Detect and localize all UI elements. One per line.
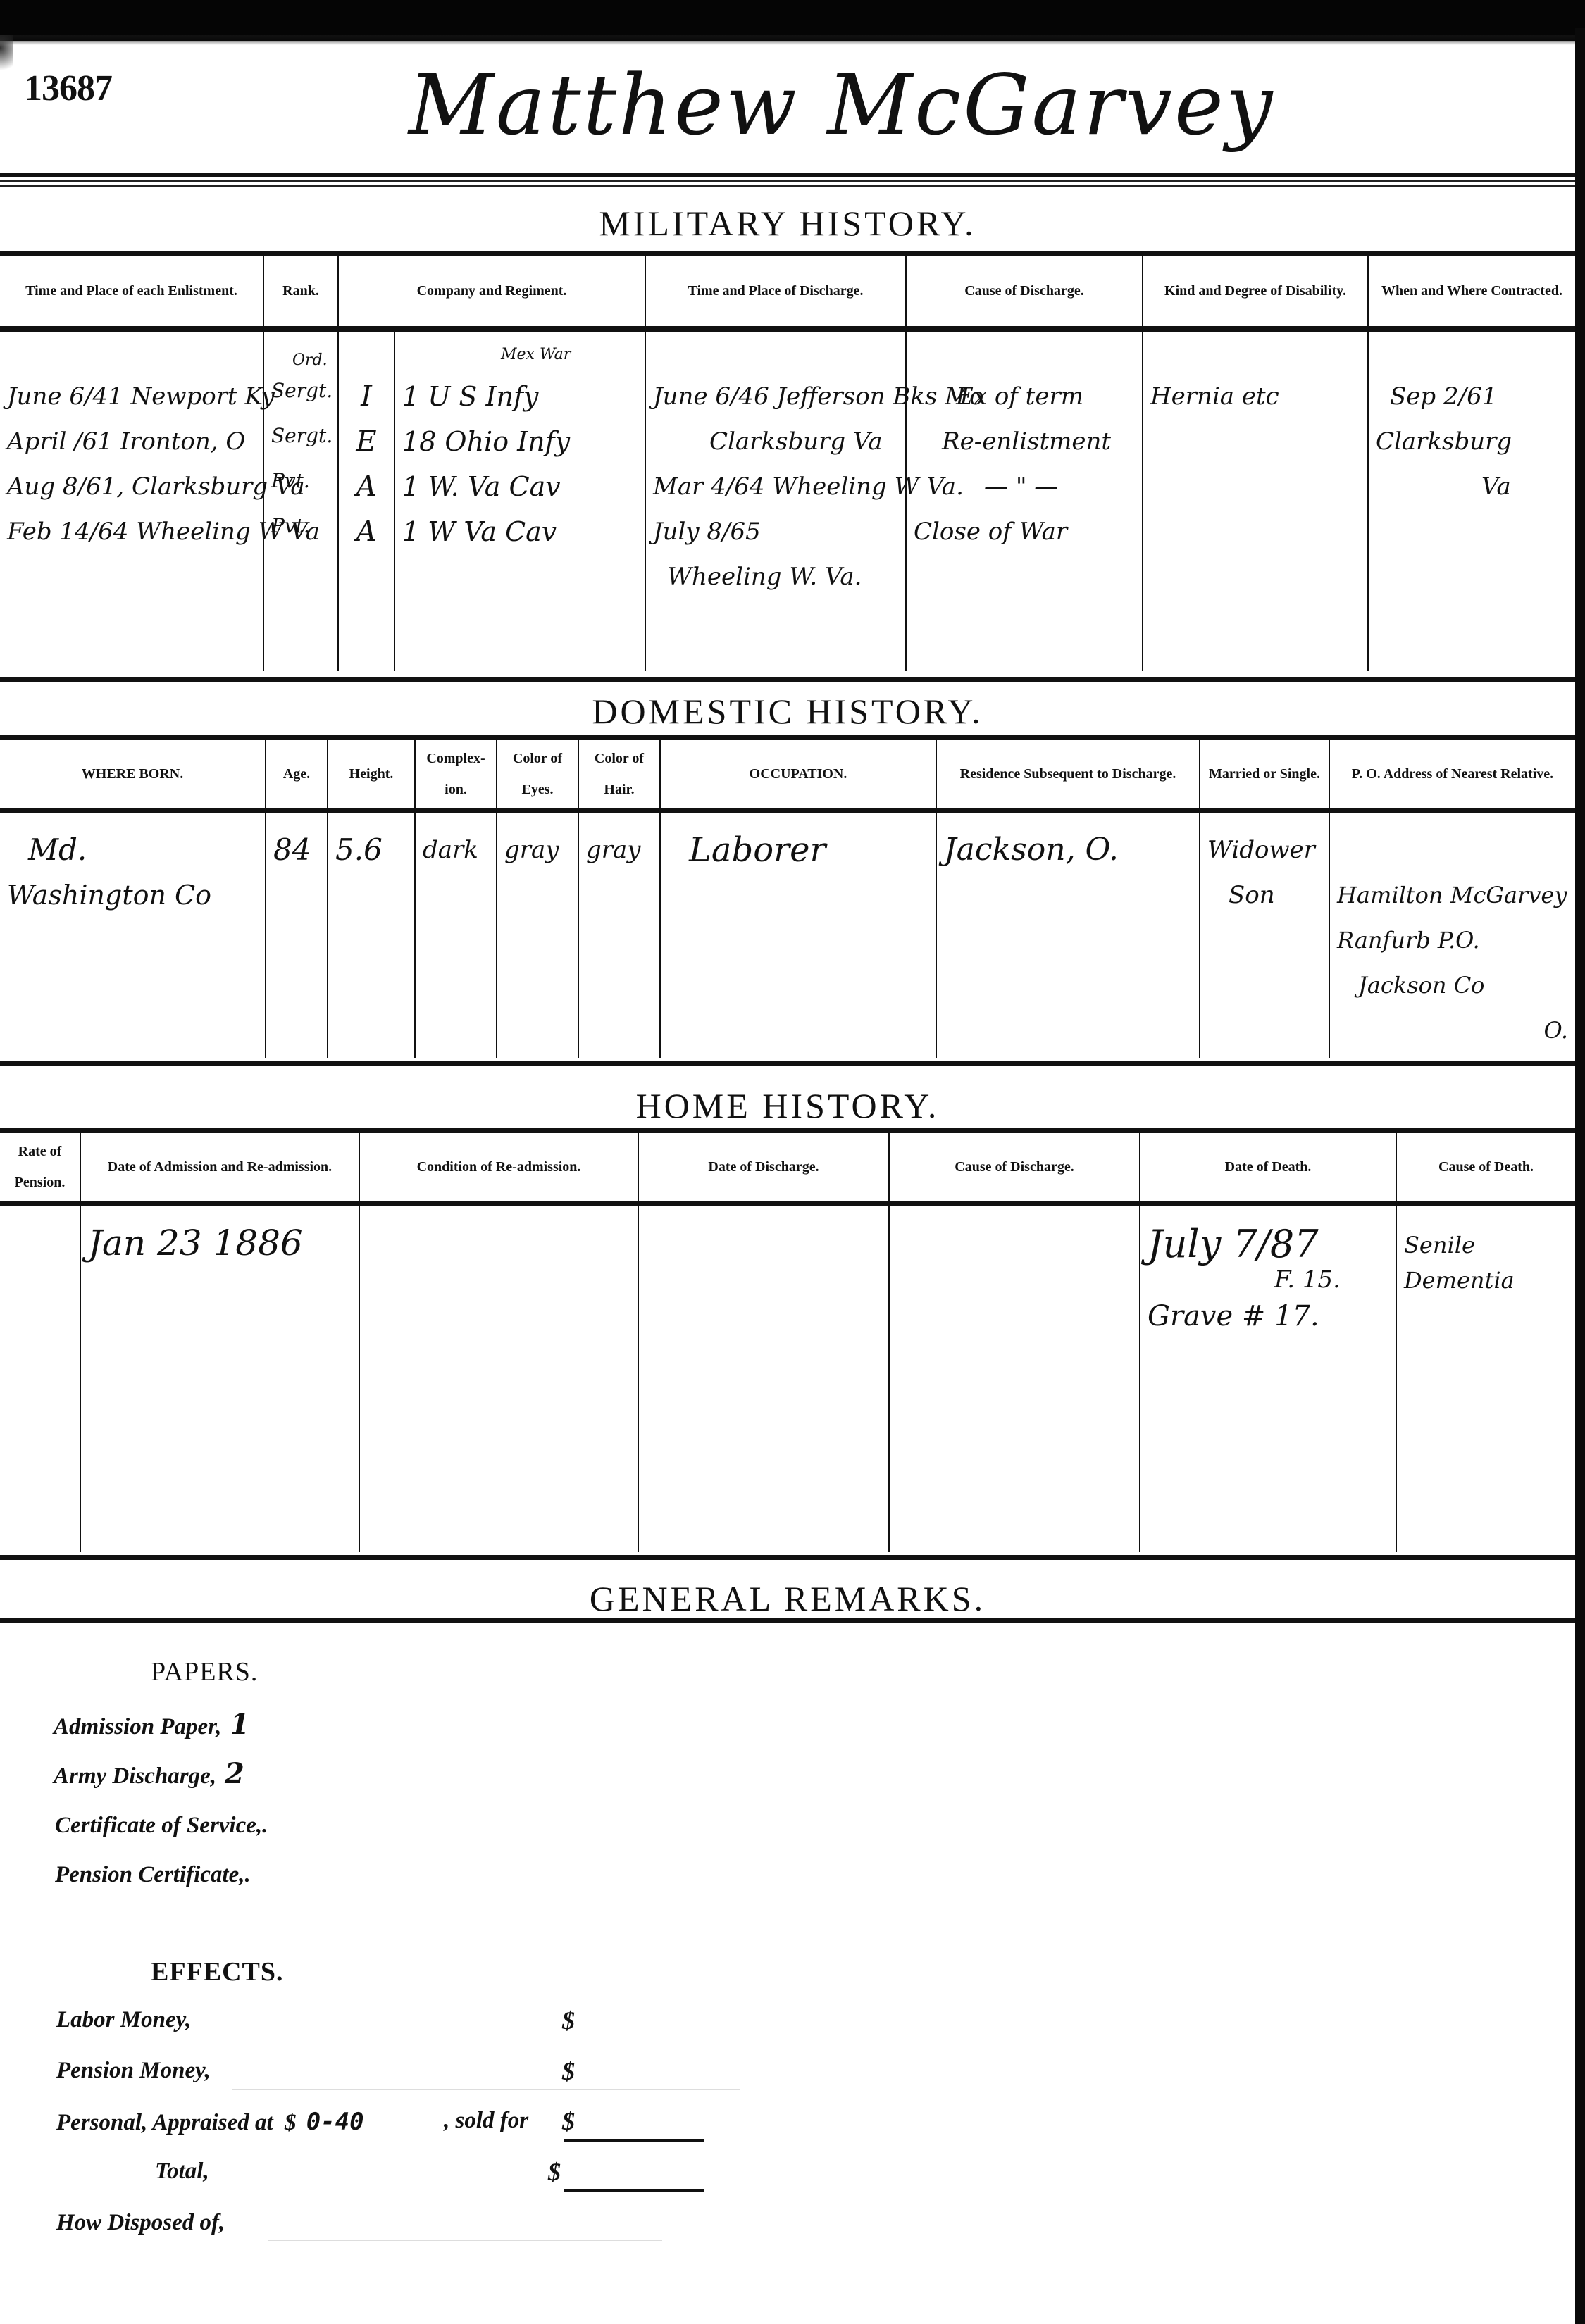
domestic-rule xyxy=(0,735,1575,740)
contracted-date: Sep 2/61 xyxy=(1376,374,1568,419)
scan-shadow xyxy=(0,35,1585,45)
discharge-3: Mar 4/64 Wheeling W Va. xyxy=(653,464,898,509)
domestic-history-table: WHERE BORN. Age. Height. Complex-ion. Co… xyxy=(0,740,1575,1058)
labor-money-label: Labor Money, xyxy=(56,2007,191,2033)
contracted-place: Clarksburg xyxy=(1376,419,1568,464)
col-where-born: WHERE BORN. xyxy=(0,740,266,811)
eyes-cell: gray xyxy=(497,811,578,1058)
born-state: Md. xyxy=(7,827,258,873)
marital-cell: Widower Son xyxy=(1200,811,1329,1058)
pension-money-currency: $ xyxy=(562,2056,575,2086)
occupation: Laborer xyxy=(689,830,826,870)
col-marital: Married or Single. xyxy=(1200,740,1329,811)
general-remarks-section: PAPERS. Admission Paper,1 Army Discharge… xyxy=(0,1623,1575,2320)
labor-money-currency: $ xyxy=(562,2006,575,2035)
military-history-table: Time and Place of each Enlistment. Rank.… xyxy=(0,256,1575,671)
papers-army-discharge: Army Discharge,2 xyxy=(54,1757,244,1790)
col-complexion: Complex-ion. xyxy=(415,740,497,811)
relative-county: Jackson Co xyxy=(1337,963,1568,1008)
scan-smudge xyxy=(0,35,13,77)
rank-cell: Ord. Sergt. Sergt. Pvt. Pvt. xyxy=(263,329,338,671)
personal-appraised-label: Personal, Appraised at xyxy=(56,2110,273,2135)
sold-for-blank[interactable] xyxy=(564,2139,704,2142)
company-4: A xyxy=(346,509,387,554)
col-home-discharge-date: Date of Discharge. xyxy=(638,1133,889,1204)
register-number: 13687 xyxy=(24,68,112,109)
enlistment-4: Feb 14/64 Wheeling W Va xyxy=(7,509,256,554)
complexion-cell: dark xyxy=(415,811,497,1058)
regiment-2: 18 Ohio Infy xyxy=(402,419,638,464)
total-currency: $ xyxy=(548,2157,561,2187)
regiment-4: 1 W Va Cav xyxy=(402,509,638,554)
death-cause-1: Senile xyxy=(1404,1227,1568,1263)
col-death-date: Date of Death. xyxy=(1140,1133,1396,1204)
general-remarks-title: GENERAL REMARKS. xyxy=(0,1581,1575,1616)
military-history-title: MILITARY HISTORY. xyxy=(0,206,1575,241)
home-history-title: HOME HISTORY. xyxy=(0,1088,1575,1123)
death-note: F. 15. xyxy=(1148,1266,1388,1294)
how-disposed-label: How Disposed of, xyxy=(56,2210,225,2236)
col-discharge-cause: Cause of Discharge. xyxy=(906,256,1143,329)
col-rate-of-pension: Rate of Pension. xyxy=(0,1133,80,1204)
contracted-state: Va xyxy=(1376,464,1568,509)
relative-state: O. xyxy=(1337,1008,1568,1053)
home-bottom-rule xyxy=(0,1555,1575,1560)
regiment-1: 1 U S Infy xyxy=(402,374,638,419)
discharge-cause-2: Re-enlistment xyxy=(914,419,1135,464)
discharge-4: July 8/65 xyxy=(653,509,898,554)
enlistment-3: Aug 8/61, Clarksburg Va xyxy=(7,464,256,509)
member-name: Matthew McGarvey xyxy=(409,63,1274,146)
remarks-rule xyxy=(0,1618,1575,1623)
home-rule xyxy=(0,1128,1575,1133)
effects-heading: EFFECTS. xyxy=(151,1956,284,1987)
col-eyes: Color of Eyes. xyxy=(497,740,578,811)
col-relative-address: P. O. Address of Nearest Relative. xyxy=(1329,740,1575,811)
appraised-currency: $ xyxy=(285,2110,297,2135)
faint-guide-line xyxy=(232,2089,740,2090)
faint-guide-line xyxy=(268,2240,662,2241)
domestic-bottom-rule xyxy=(0,1061,1575,1066)
col-readmission-condition: Condition of Re-admission. xyxy=(359,1133,638,1204)
rank-4: Pvt. xyxy=(271,504,330,549)
pension-money-label: Pension Money, xyxy=(56,2058,211,2084)
admission-date-cell: Jan 23 1886 xyxy=(80,1204,359,1552)
age-cell: 84 xyxy=(266,811,328,1058)
death-cause-cell: Senile Dementia xyxy=(1396,1204,1575,1552)
col-hair: Color of Hair. xyxy=(578,740,660,811)
domestic-history-title: DOMESTIC HISTORY. xyxy=(0,694,1575,729)
discharge-place-cell: June 6/46 Jefferson Bks Mo Clarksburg Va… xyxy=(645,329,906,671)
eye-color: gray xyxy=(504,836,559,864)
contracted-cell: Sep 2/61 Clarksburg Va xyxy=(1368,329,1575,671)
admission-date: Jan 23 1886 xyxy=(88,1223,303,1263)
military-rule xyxy=(0,251,1575,256)
rank-2: Sergt. xyxy=(271,413,330,458)
company-cell: I E A A xyxy=(338,329,394,671)
army-discharge-label: Army Discharge, xyxy=(54,1763,216,1789)
papers-certificate-service: Certificate of Service,. xyxy=(55,1806,276,1839)
col-rank: Rank. xyxy=(263,256,338,329)
col-discharge-time-place: Time and Place of Discharge. xyxy=(645,256,906,329)
death-cause-2: Dementia xyxy=(1404,1263,1568,1298)
death-date: July 7/87 xyxy=(1148,1223,1388,1266)
personal-appraised: Personal, Appraised at $ 0-40 xyxy=(56,2108,364,2136)
certificate-of-service-label: Certificate of Service,. xyxy=(55,1813,268,1838)
readmission-condition-cell xyxy=(359,1204,638,1552)
rank-1: Sergt. xyxy=(271,368,330,413)
grave-number: Grave # 17. xyxy=(1148,1294,1388,1339)
admission-paper-count: 1 xyxy=(230,1708,249,1741)
rate-of-pension-cell xyxy=(0,1204,80,1552)
relative-relationship: Son xyxy=(1207,873,1322,918)
col-disability: Kind and Degree of Disability. xyxy=(1143,256,1368,329)
header-rule xyxy=(0,173,1575,187)
col-death-cause: Cause of Death. xyxy=(1396,1133,1575,1204)
col-occupation: OCCUPATION. xyxy=(660,740,936,811)
rank-3: Pvt. xyxy=(271,458,330,504)
papers-heading: PAPERS. xyxy=(151,1656,258,1687)
army-discharge-count: 2 xyxy=(225,1757,244,1790)
col-contracted: When and Where Contracted. xyxy=(1368,256,1575,329)
enlistment-1: June 6/41 Newport Ky xyxy=(7,374,256,419)
col-height: Height. xyxy=(328,740,415,811)
company-2: E xyxy=(346,419,387,464)
enlistment-2: April /61 Ironton, O xyxy=(7,419,256,464)
discharge-5: Wheeling W. Va. xyxy=(653,554,898,599)
residence-cell: Jackson, O. xyxy=(936,811,1200,1058)
appraised-value: 0-40 xyxy=(306,2108,364,2136)
sold-for-label: , sold for xyxy=(444,2108,528,2134)
age: 84 xyxy=(273,832,311,867)
total-label: Total, xyxy=(155,2159,209,2185)
home-history-table: Rate of Pension. Date of Admission and R… xyxy=(0,1133,1575,1552)
residence: Jackson, O. xyxy=(944,832,1119,868)
hair-color: gray xyxy=(586,836,641,864)
enlistment-cell: June 6/41 Newport Ky April /61 Ironton, … xyxy=(0,329,263,671)
disability-cell: Hernia etc xyxy=(1143,329,1368,671)
relative-name: Hamilton McGarvey xyxy=(1337,873,1568,918)
regiment-note: Mex War xyxy=(402,347,638,374)
col-admission-date: Date of Admission and Re-admission. xyxy=(80,1133,359,1204)
col-residence: Residence Subsequent to Discharge. xyxy=(936,740,1200,811)
regiment-3: 1 W. Va Cav xyxy=(402,464,638,509)
papers-admission: Admission Paper,1 xyxy=(54,1708,249,1741)
marital-status: Widower xyxy=(1207,827,1322,873)
home-discharge-cause-cell xyxy=(889,1204,1140,1552)
relative-address-cell: Hamilton McGarvey Ranfurb P.O. Jackson C… xyxy=(1329,811,1575,1058)
home-discharge-date-cell xyxy=(638,1204,889,1552)
regiment-cell: Mex War 1 U S Infy 18 Ohio Infy 1 W. Va … xyxy=(394,329,645,671)
complexion: dark xyxy=(423,836,478,864)
discharge-2: Clarksburg Va xyxy=(653,419,898,464)
born-county: Washington Co xyxy=(7,873,258,918)
scan-border-right xyxy=(1575,28,1585,2324)
sold-for-currency: $ xyxy=(562,2106,575,2136)
company-3: A xyxy=(346,464,387,509)
military-bottom-rule xyxy=(0,677,1575,682)
height: 5.6 xyxy=(335,832,383,867)
papers-pension-certificate: Pension Certificate,. xyxy=(55,1856,259,1889)
hair-cell: gray xyxy=(578,811,660,1058)
col-enlistment: Time and Place of each Enlistment. xyxy=(0,256,263,329)
faint-guide-line xyxy=(211,2039,719,2039)
col-age: Age. xyxy=(266,740,328,811)
height-cell: 5.6 xyxy=(328,811,415,1058)
company-1: I xyxy=(346,374,387,419)
discharge-1: June 6/46 Jefferson Bks Mo xyxy=(653,374,898,419)
relative-po: Ranfurb P.O. xyxy=(1337,918,1568,963)
pension-certificate-label: Pension Certificate,. xyxy=(55,1862,251,1887)
admission-paper-label: Admission Paper, xyxy=(54,1714,221,1739)
col-company-regiment: Company and Regiment. xyxy=(338,256,645,329)
discharge-cause-4: Close of War xyxy=(914,509,1135,554)
col-home-discharge-cause: Cause of Discharge. xyxy=(889,1133,1140,1204)
death-date-cell: July 7/87 F. 15. Grave # 17. xyxy=(1140,1204,1396,1552)
occupation-cell: Laborer xyxy=(660,811,936,1058)
total-blank[interactable] xyxy=(564,2189,704,2192)
disability: Hernia etc xyxy=(1150,374,1360,419)
where-born-cell: Md. Washington Co xyxy=(0,811,266,1058)
rank-note: Ord. xyxy=(271,353,330,368)
